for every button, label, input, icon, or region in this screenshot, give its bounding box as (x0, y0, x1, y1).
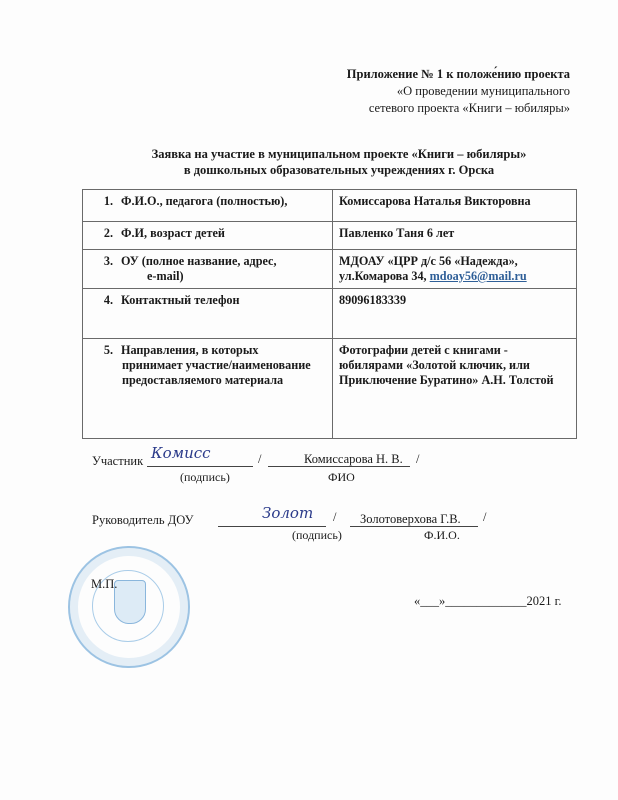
row-value: Павленко Таня 6 лет (333, 222, 577, 250)
row-value: Комиссарова Наталья Викторовна (333, 190, 577, 222)
row-value: Фотографии детей с книгами - юбилярами «… (333, 339, 577, 439)
row-label: 3.ОУ (полное название, адрес, e-mail) (83, 250, 333, 289)
participant-name: Комиссарова Н. В. (304, 452, 403, 467)
appendix-header: Приложение № 1 к положе́нию проекта «О п… (347, 66, 570, 117)
row-label: 2.Ф.И, возраст детей (83, 222, 333, 250)
participant-slash: / (258, 452, 261, 467)
head-signature-caption: (подпись) (292, 528, 342, 543)
row-label: 4.Контактный телефон (83, 289, 333, 339)
title-line-1: Заявка на участие в муниципальном проект… (60, 146, 618, 162)
email-link[interactable]: mdoay56@mail.ru (430, 269, 527, 283)
date-line: «___»_____________2021 г. (414, 594, 561, 609)
row-value: 89096183339 (333, 289, 577, 339)
official-stamp (68, 546, 190, 668)
stamp-place-label: М.П. (91, 577, 117, 592)
row-value: МДОАУ «ЦРР д/с 56 «Надежда», ул.Комарова… (333, 250, 577, 289)
participant-name-caption: ФИО (328, 470, 355, 485)
table-row: 5.Направления, в которых принимает участ… (83, 339, 577, 439)
participant-slash-end: / (416, 452, 419, 467)
appendix-title: Приложение № 1 к положе́нию проекта (347, 66, 570, 83)
head-slash: / (333, 510, 336, 525)
head-slash-end: / (483, 510, 486, 525)
head-label: Руководитель ДОУ (92, 513, 193, 528)
participant-signature-caption: (подпись) (180, 470, 230, 485)
head-name-caption: Ф.И.О. (424, 528, 460, 543)
head-signature-line: Золот (218, 508, 326, 527)
table-row: 2.Ф.И, возраст детей Павленко Таня 6 лет (83, 222, 577, 250)
participant-label: Участник (92, 454, 143, 469)
head-name: Золотоверхова Г.В. (360, 512, 461, 527)
title-line-2: в дошкольных образовательных учреждениях… (60, 162, 618, 178)
head-name-line: Золотоверхова Г.В. (350, 508, 478, 527)
table-row: 1.Ф.И.О., педагога (полностью), Комиссар… (83, 190, 577, 222)
table-row: 3.ОУ (полное название, адрес, e-mail) МД… (83, 250, 577, 289)
participant-name-line: Комиссарова Н. В. (268, 448, 410, 467)
application-form-table: 1.Ф.И.О., педагога (полностью), Комиссар… (82, 189, 577, 439)
shield-emblem-icon (114, 580, 146, 624)
row-label: 1.Ф.И.О., педагога (полностью), (83, 190, 333, 222)
participant-signature-line: Комисс (147, 448, 253, 467)
table-row: 4.Контактный телефон 89096183339 (83, 289, 577, 339)
appendix-line-2: «О проведении муниципального (347, 83, 570, 100)
appendix-line-3: сетевого проекта «Книги – юбиляры» (347, 100, 570, 117)
participant-signature: Комисс (151, 444, 211, 462)
document-title: Заявка на участие в муниципальном проект… (0, 146, 618, 178)
head-signature: Золот (262, 504, 313, 522)
row-label: 5.Направления, в которых принимает участ… (83, 339, 333, 439)
